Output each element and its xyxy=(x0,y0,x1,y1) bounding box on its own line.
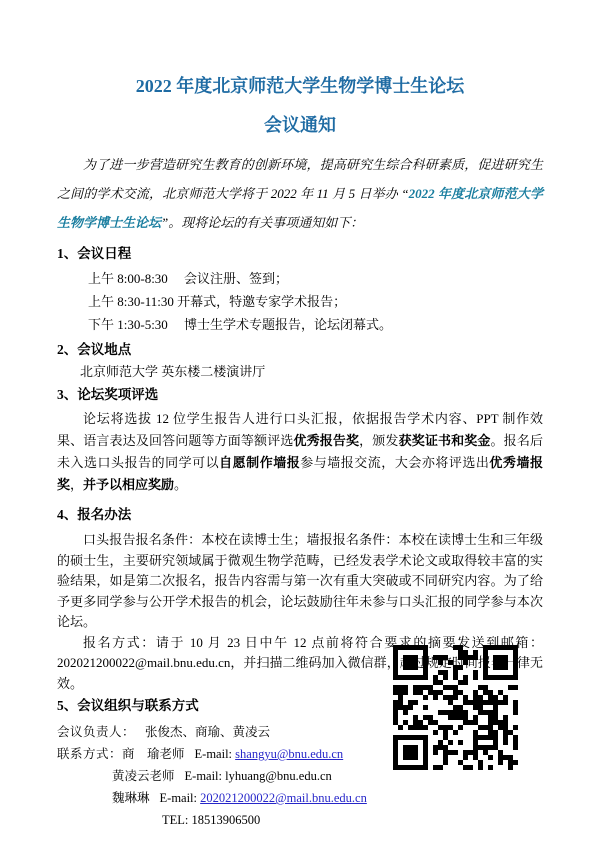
registration-conditions-paragraph: 口头报告报名条件：本校在读博士生；墙报报名条件：本校在读博士生和三年级的硕士生，… xyxy=(57,530,543,633)
schedule-item-2: 上午 8:30-11:30 开幕式，特邀专家学术报告； xyxy=(57,290,543,313)
venue-text: 北京师范大学 英东楼二楼演讲厅 xyxy=(57,360,543,383)
email-link-shangyu[interactable]: shangyu@bnu.edu.cn xyxy=(235,747,343,761)
section2-heading: 2、会议地点 xyxy=(57,340,543,360)
contact-name-weilinlin: 魏琳琳 xyxy=(112,791,150,805)
document-title-line1: 2022 年度北京师范大学生物学博士生论坛 xyxy=(57,74,543,98)
schedule-list: 上午 8:00-8:30 会议注册、签到； 上午 8:30-11:30 开幕式，… xyxy=(57,267,543,336)
email-label-2: E-mail: xyxy=(185,769,226,783)
organizers-label: 会议负责人： xyxy=(57,725,135,739)
contact-name-lyhuang: 黄凌云老师 xyxy=(112,769,175,783)
section1-heading: 1、会议日程 xyxy=(57,244,543,264)
telephone-line: TEL: 18513906500 xyxy=(162,809,543,831)
notice-document: 2022 年度北京师范大学生物学博士生论坛 会议通知 为了进一步营造研究生教育的… xyxy=(0,0,600,848)
schedule-item-3: 下午 1:30-5:30 博士生学术专题报告，论坛闭幕式。 xyxy=(57,313,543,336)
awards-text-2: ，颁发 xyxy=(359,433,398,448)
email-label-3: E-mail: xyxy=(160,791,201,805)
email-text-lyhuang: lyhuang@bnu.edu.cn xyxy=(225,769,332,783)
registration-email-text: 202021200022@mail.bnu.edu.cn xyxy=(57,655,230,670)
award-certificate-bonus: 获奖证书和奖金 xyxy=(399,433,491,448)
schedule-item-1: 上午 8:00-8:30 会议注册、签到； xyxy=(57,267,543,290)
awards-paragraph: 论坛将选拔 12 位学生报告人进行口头汇报，依据报告学术内容、PPT 制作效果、… xyxy=(57,408,543,496)
poster-voluntary: 自愿制作墙报 xyxy=(219,455,300,470)
awards-text-4: 参与墙报交流，大会亦将评选出 xyxy=(300,455,489,470)
award-name-report: 优秀报告奖 xyxy=(293,433,359,448)
section3-heading: 3、论坛奖项评选 xyxy=(57,385,543,405)
email-link-weilinlin[interactable]: 202021200022@mail.bnu.edu.cn xyxy=(200,791,367,805)
email-label-1: E-mail: xyxy=(195,747,236,761)
qr-code xyxy=(393,645,518,770)
contact-name-shangyu: 商 瑜老师 xyxy=(122,747,185,761)
awards-text-5: ， xyxy=(70,477,83,492)
document-title-line2: 会议通知 xyxy=(57,113,543,137)
intro-text-2: ”。现将论坛的有关事项通知如下： xyxy=(161,215,363,230)
award-reward-note: 并予以相应奖励 xyxy=(83,477,174,492)
contact-label: 联系方式： xyxy=(57,747,122,761)
organizers-names: 张俊杰、商瑜、黄凌云 xyxy=(145,725,270,739)
awards-text-6: 。 xyxy=(174,477,187,492)
contact-line-3: 魏琳琳E-mail: 202021200022@mail.bnu.edu.cn xyxy=(112,787,543,809)
section4-heading: 4、报名办法 xyxy=(57,505,543,525)
intro-paragraph: 为了进一步营造研究生教育的创新环境，提高研究生综合科研素质，促进研究生之间的学术… xyxy=(57,150,543,237)
